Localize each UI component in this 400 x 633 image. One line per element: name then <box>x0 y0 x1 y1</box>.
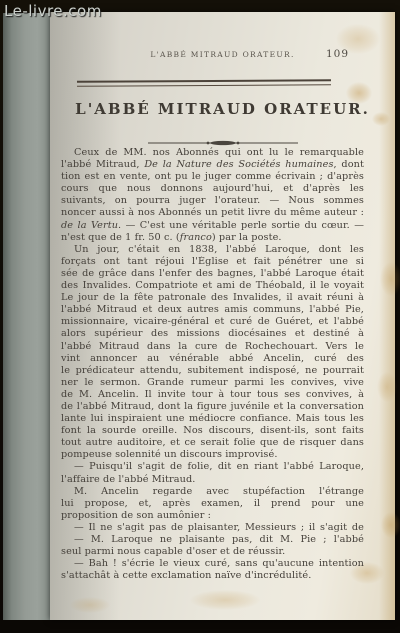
text-line: alors supérieur des missions diocésaines… <box>61 328 364 340</box>
text-line: tout autre auditoire, et ce serait folie… <box>61 437 364 449</box>
text-line: l'abbé Mitraud et deux autres amis commu… <box>61 304 364 316</box>
text-line: missionnaire, vicaire-général et curé de… <box>61 316 364 328</box>
text-line: — Puisqu'il s'agit de folie, dit en rian… <box>61 461 364 473</box>
page-title: L'ABBÉ MITRAUD ORATEUR. <box>50 100 395 118</box>
text-line: l'abbé Mitraud, De la Nature des Société… <box>61 159 364 171</box>
double-rule <box>77 79 331 87</box>
text-line: pompeuse solennité un discours improvisé… <box>61 449 364 461</box>
text-line: Un jour, c'était en 1838, l'abbé Laroque… <box>61 244 364 256</box>
paragraph: — Il ne s'agit pas de plaisanter, Messie… <box>61 522 364 534</box>
text-line: Ceux de MM. nos Abonnés qui ont lu le re… <box>61 147 364 159</box>
foxing-stain <box>380 262 400 296</box>
text-line: cours que nous donnons aujourd'hui, et d… <box>61 183 364 195</box>
paragraph: Un jour, c'était en 1838, l'abbé Laroque… <box>61 244 364 462</box>
text-line: lui propose, et, après examen, il prend … <box>61 498 364 510</box>
paragraph: — Bah ! s'écrie le vieux curé, sans qu'a… <box>61 558 364 582</box>
paragraph: Ceux de MM. nos Abonnés qui ont lu le re… <box>61 147 364 244</box>
text-line: Le jour de la fête patronale des Invalid… <box>61 292 364 304</box>
text-line: seul parmi nous capable d'oser et de réu… <box>61 546 364 558</box>
text-line: le prédicateur attendu, subitement indis… <box>61 365 364 377</box>
text-line: ner le sermon. Grande rumeur parmi les c… <box>61 377 364 389</box>
text-line: vint annoncer au vénérable abbé Ancelin,… <box>61 353 364 365</box>
paragraph: — Puisqu'il s'agit de folie, dit en rian… <box>61 461 364 485</box>
foxing-stain <box>377 372 397 402</box>
paragraph: M. Ancelin regarde avec stupéfaction l'é… <box>61 486 364 522</box>
book-page: L'ABBÉ MITRAUD ORATEUR. 109 L'ABBÉ MITRA… <box>50 12 395 620</box>
text-line: lante lui inspiraient une médiocre confi… <box>61 413 364 425</box>
text-line: sée de grâce dans l'enfer des bagnes, l'… <box>61 268 364 280</box>
foxing-stain <box>381 512 400 538</box>
text-line: — Bah ! s'écrie le vieux curé, sans qu'a… <box>61 558 364 570</box>
running-header-title: L'ABBÉ MITRAUD ORATEUR. <box>150 50 294 59</box>
running-header: L'ABBÉ MITRAUD ORATEUR. 109 <box>50 50 395 59</box>
text-line: de l'abbé Mitraud, dont la figure juvéni… <box>61 401 364 413</box>
body-text: Ceux de MM. nos Abonnés qui ont lu le re… <box>61 147 364 582</box>
text-line: l'affaire de l'abbé Mitraud. <box>61 474 364 486</box>
book-gutter-edge <box>3 13 52 620</box>
text-line: des Invalides. Compatriote et ami de Thé… <box>61 280 364 292</box>
text-line: proposition de son aumônier : <box>61 510 364 522</box>
scanned-book-photo: L'ABBÉ MITRAUD ORATEUR. 109 L'ABBÉ MITRA… <box>0 0 400 633</box>
text-line: tion est en vente, ont pu le juger comme… <box>61 171 364 183</box>
ornament-line-icon <box>148 139 298 147</box>
text-line: n'est que de 1 fr. 50 c. (franco) par la… <box>61 232 364 244</box>
text-line: — Il ne s'agit pas de plaisanter, Messie… <box>61 522 364 534</box>
text-line: — M. Laroque ne plaisante pas, dit M. Pi… <box>61 534 364 546</box>
foxing-stain <box>70 597 110 613</box>
paragraph: — M. Laroque ne plaisante pas, dit M. Pi… <box>61 534 364 558</box>
text-line: de la Vertu. — C'est une véritable perle… <box>61 220 364 232</box>
text-line: s'attachât à cette exclamation naïve d'i… <box>61 570 364 582</box>
text-line: forçats ont tant réjoui l'Église et fait… <box>61 256 364 268</box>
text-line: noncer aussi à nos Abonnés un petit livr… <box>61 207 364 219</box>
text-line: font la sourde oreille. Nos discours, di… <box>61 425 364 437</box>
page-number: 109 <box>326 48 349 60</box>
text-line: l'abbé Mitraud dans la cure de Rochechou… <box>61 341 364 353</box>
watermark: Le-livre.com <box>4 2 102 20</box>
text-line: de M. Ancelin. Il invite tour à tour tou… <box>61 389 364 401</box>
foxing-stain <box>190 590 260 610</box>
text-line: M. Ancelin regarde avec stupéfaction l'é… <box>61 486 364 498</box>
text-line: suivants, on pourra juger l'orateur. — N… <box>61 195 364 207</box>
